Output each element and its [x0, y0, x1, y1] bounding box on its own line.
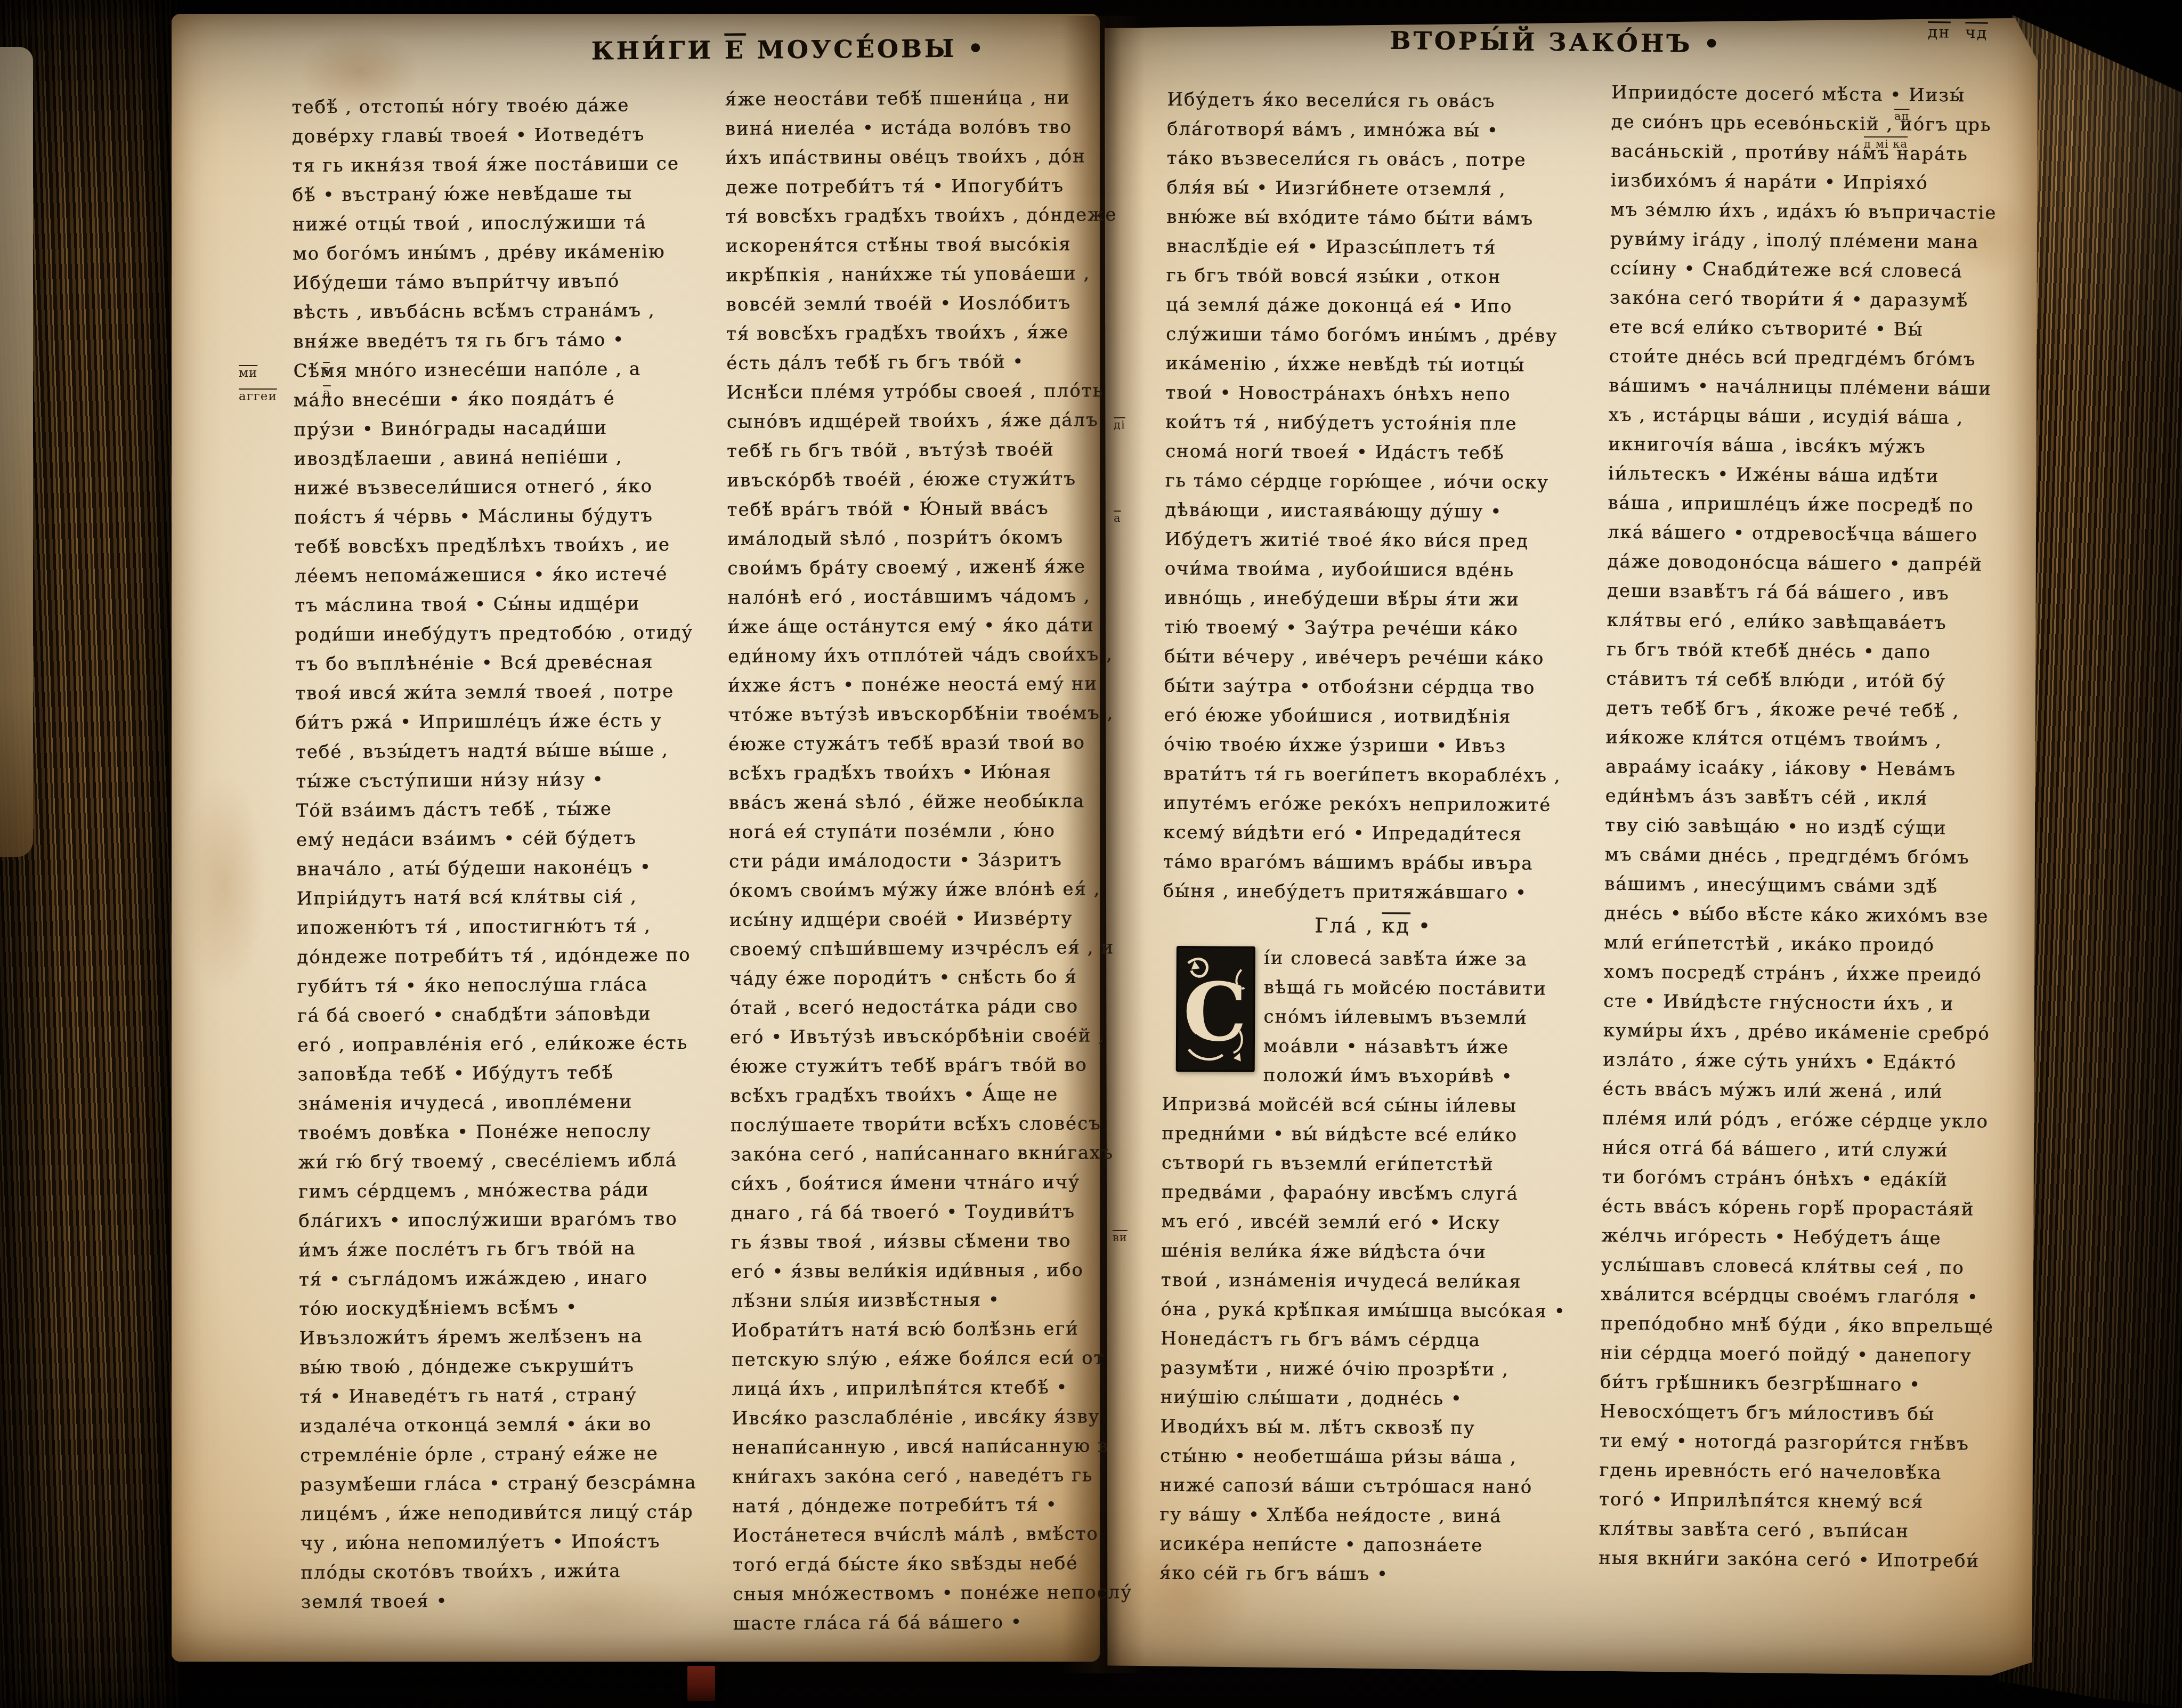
- text-line: мли́ еги́петстѣй , ика́ко проидо́: [1604, 928, 2030, 961]
- text-line: и́мъ я́же после́тъ гь бгъ тво́й на: [298, 1234, 725, 1266]
- text-line: снома́ ноги́ твоея́ • Ида́стъ тебѣ́: [1165, 437, 1586, 468]
- text-line: сте • Иви́дѣсте гну́сности и́хъ , и: [1603, 986, 2030, 1019]
- text-line: ете вся́ ели́ко сътворите́ • Вы́: [1609, 313, 2035, 346]
- text-line: вва́съ жена́ ѕѣло́ , е́йже необы́кла: [728, 787, 1101, 818]
- text-line: ивъско́рбѣ твое́й , е́юже стужи́тъ: [727, 464, 1100, 496]
- text-line: руви́му іга́ду , іполу́ пле́мени мана: [1610, 225, 2036, 258]
- text-line: ча́ду е́же породи́тъ • снѣ́сть бо я́: [729, 962, 1102, 994]
- text-line: ста́витъ тя́ себѣ́ влю́ди , ито́й бу́: [1606, 665, 2032, 698]
- chapter-number: кд: [1382, 914, 1410, 937]
- text-line: ниу́шію слы́шати , додне́сь •: [1160, 1383, 1581, 1414]
- text-line: внача́ло , аты́ бу́деши наконе́цъ •: [296, 853, 723, 885]
- text-line: Иоста́нетеся вчи́слѣ ма́лѣ , вмѣ́сто: [732, 1519, 1105, 1551]
- text-line: деши взавѣ́тъ га́ ба́ ва́шего , ивъ: [1607, 577, 2033, 610]
- text-line: хъ , иста́рцы ва́ши , исудія́ ва́ша ,: [1608, 401, 2034, 434]
- text-line: пру́зи • Вино́грады насади́ши: [294, 413, 720, 445]
- text-line: То́й вза́имъ да́стъ тебѣ́ , ты́же: [296, 794, 722, 826]
- text-line: ниже́ сапози́ ва́ши сътро́шася нано́: [1159, 1471, 1580, 1502]
- folio-mark: дн чд: [1928, 23, 1997, 43]
- text-line: ти бого́мъ стра́нъ о́нѣхъ • еда́кі́й: [1602, 1162, 2028, 1195]
- text-line: ия́коже кля́тся отце́мъ твои́мъ ,: [1605, 723, 2032, 756]
- text-line: хомъ посредѣ́ стра́нъ , и́хже преидо́: [1603, 958, 2030, 991]
- text-line: тебе́ , възы́детъ надтя́ вы́ше вы́ше ,: [296, 735, 722, 767]
- text-line: би́тъ ржа́ • Ипришле́цъ и́же е́сть у: [295, 706, 721, 738]
- text-line: лице́мъ , и́же неподиви́тся лицу́ ста́р: [300, 1497, 726, 1529]
- text-line: внаслѣ́діе ея́ • Иразсы́плетъ тя́: [1166, 232, 1587, 263]
- text-line: шасте гла́са га́ ба́ ва́шего •: [733, 1607, 1106, 1639]
- text-line: дне́сь • вы́бо вѣ́сте ка́ко жихо́мъ взе: [1604, 899, 2030, 932]
- text-line: ему́ неда́си вза́имъ • се́й бу́детъ: [296, 823, 723, 855]
- margin-note-line: ѕ: [323, 358, 331, 382]
- text-line: послу́шаете твори́ти всѣ́хъ слове́съ: [730, 1109, 1103, 1140]
- text-line: ніи се́рдца моего́ пойду́ • данепогу: [1600, 1338, 2026, 1371]
- text-line: ивно́щь , инебу́деши вѣ́ры я́ти жи: [1164, 584, 1585, 615]
- text-line: зако́на сего́ , напи́саннаго вкни́гахъ: [731, 1138, 1104, 1170]
- text-line: дове́рху главы́ твоея́ • Иотведе́тъ: [292, 120, 718, 152]
- left-page-edge-sliver: [0, 47, 33, 857]
- running-head-left-number: Е: [724, 36, 745, 64]
- text-line: гу ва́шу • Хлѣ́ба нея́досте , вина́: [1159, 1500, 1580, 1532]
- text-line: кля́твы его́ , ели́ко завѣщава́етъ: [1607, 606, 2033, 639]
- text-line: его́ • Ивъту́зѣ ивъско́рбѣніи свое́й ,: [730, 1021, 1103, 1053]
- text-line: іизбихо́мъ я́ нара́ти • Ипріяхо́: [1610, 166, 2037, 199]
- text-line: о́на , рука́ крѣ́пкая имы́шца высо́кая •: [1161, 1295, 1581, 1326]
- text-line: бла́гихъ • ипослу́жиши враго́мъ тво: [298, 1204, 725, 1236]
- text-line: изла́то , я́же су́ть уни́хъ • Еда́кто́: [1603, 1045, 2029, 1078]
- text-line: има́лодый ѕѣло́ , позри́тъ о́комъ: [727, 523, 1100, 554]
- text-line: я́ко се́й гь бгъ ва́шъ •: [1159, 1559, 1580, 1590]
- text-line: тебѣ́ гь бгъ тво́й , въту́зѣ твое́й: [727, 435, 1100, 466]
- text-line: петскую ѕлу́ю , ея́же боя́лся еси́ от: [732, 1343, 1105, 1375]
- text-line: же́лчь иго́ресть • Небу́детъ а́ще: [1601, 1221, 2027, 1254]
- text-line: Иприидо́сте досего́ мѣ́ста • Иизы́: [1611, 78, 2038, 111]
- text-line: стои́те дне́сь вси́ предгде́мъ бго́мъ: [1609, 342, 2035, 375]
- text-line: всѣ́хъ градѣ́хъ твои́хъ • Ию́ная: [728, 757, 1101, 789]
- text-line: сыно́въ идще́рей твои́хъ , я́же да́лъ: [727, 406, 1100, 437]
- running-head-left-bullet: •: [968, 34, 986, 62]
- text-line: лѣ́зни ѕлы́я иизвѣ́стныя •: [731, 1285, 1104, 1316]
- text-line: губи́тъ тя́ • я́ко непослу́ша гла́са: [297, 970, 723, 1002]
- text-line: Иобрати́тъ натя́ всю́ болѣ́знь еги́: [731, 1314, 1104, 1346]
- text-line: ипуте́мъ его́же реко́хъ неприложите́: [1163, 789, 1584, 820]
- text-line: издале́ча отконца́ земля́ • а́ки во: [299, 1410, 726, 1442]
- text-line: куми́ры и́хъ , дре́во ика́меніе сребро́: [1603, 1016, 2029, 1049]
- text-column-1: тебѣ́ , отстопы́ но́гу твое́ю да́жедове́…: [291, 91, 727, 1617]
- margin-note-left-ref: ми аггеи: [239, 361, 277, 408]
- text-line: разумѣ́еши гла́са • страну́ безсра́мна: [300, 1468, 726, 1500]
- text-line: своему́ спѣши́вшему изчре́слъ ея́ , и: [729, 933, 1102, 965]
- text-line: е́юже стужа́тъ тебѣ́ врази́ твои́ во: [728, 728, 1101, 759]
- text-line: Ибу́детъ житіе́ твое́ я́ко ви́ся пред: [1165, 525, 1586, 556]
- text-line: твое́мъ довѣ́ка • Поне́же непослу: [298, 1116, 724, 1148]
- text-line: я́же неоста́ви тебѣ́ пшени́ца , ни: [725, 83, 1098, 115]
- running-head-right: ВТОРЫ́Й ЗАКО́НЪ •: [1300, 25, 1812, 59]
- text-line: мъ его́ , ивсе́й земли́ его́ • Иску: [1161, 1207, 1582, 1238]
- text-line: твои́ • Новостра́нахъ о́нѣхъ непо: [1165, 378, 1586, 410]
- text-line: тебѣ́ вовсѣ́хъ предѣ́лѣхъ твои́хъ , ие: [294, 530, 720, 562]
- text-line: то́ю иоскудѣ́ніемъ всѣ́мъ •: [299, 1292, 725, 1324]
- text-line: натя́ , до́ндеже потреби́тъ тя́ •: [732, 1490, 1105, 1521]
- text-line: Ивъзложи́тъ я́ремъ желѣ́зенъ на: [299, 1322, 725, 1354]
- text-line: искореня́тся стѣ́ны твоя́ высо́кія: [726, 230, 1099, 261]
- folio-part1: дн: [1928, 23, 1951, 42]
- text-line: бы́ти зау́тра • отбоя́зни се́рдца тво: [1164, 671, 1585, 703]
- text-line: еди́ному и́хъ отпло́тей ча́дъ свои́хъ ,: [728, 640, 1101, 671]
- text-line: чу , ию́на непомилу́етъ • Ипоя́стъ: [301, 1527, 727, 1559]
- text-line: тя́ • Инаведе́тъ гь натя́ , страну́: [299, 1380, 726, 1412]
- text-line: си́хъ , боя́тися и́мени чтна́го ичу́: [731, 1168, 1104, 1199]
- text-line: поя́стъ я́ че́рвь • Ма́слины бу́дутъ: [294, 501, 720, 533]
- text-line: кля́твы завѣ́та сего́ , въпи́сан: [1599, 1514, 2025, 1547]
- text-line: гь бгъ тво́й ктебѣ́ дне́сь • дапо: [1607, 635, 2033, 668]
- text-line: и́хже я́стъ • поне́же неоста́ ему́ ни: [728, 669, 1101, 701]
- text-line: ика́менію , и́хже невѣ́дѣ ты́ иотцы́: [1166, 349, 1587, 381]
- text-line: би́тъ грѣ́шникъ безгрѣ́шнаго •: [1600, 1367, 2026, 1401]
- text-line: хва́лится все́рдцы свое́мъ глаго́ля •: [1601, 1280, 2027, 1313]
- text-line: бля́я вы́ • Иизги́бнете отземля́ ,: [1166, 173, 1587, 205]
- margin-note-line: а: [323, 382, 331, 405]
- text-line: тя гь икня́зя твоя́ я́же поста́виши се: [292, 149, 718, 181]
- running-head-left: КНИ́ГИ Е МОУСЕ́ОВЫ •: [533, 34, 1044, 66]
- text-line: сти ра́ди има́лодости • За́зритъ: [729, 845, 1102, 877]
- text-line: гимъ се́рдцемъ , мно́жества ра́ди: [298, 1175, 725, 1207]
- text-line: деже потреби́тъ тя́ • Ипогуби́тъ: [725, 171, 1098, 203]
- margin-note-left-numbers: ѕ а: [323, 358, 331, 405]
- text-line: ссі́ину • Снабди́теже вся́ словеса́: [1610, 254, 2036, 287]
- text-line: его́ е́юже убои́шися , иотвидѣ́нія: [1164, 701, 1585, 732]
- text-line: до́ндеже потреби́тъ тя́ , идо́ндеже по: [297, 941, 723, 973]
- text-line: того́ • Иприлѣпя́тся кнему́ вся́: [1599, 1485, 2025, 1518]
- chapter-prefix: Гла́ ,: [1315, 913, 1374, 937]
- text-line: жи́ гю́ бгу́ твоему́ , свесе́ліемъ ибла́: [298, 1146, 724, 1178]
- text-line: тебѣ́ вра́гъ тво́й • Ю́ный вва́съ: [727, 493, 1100, 525]
- running-head-left-word2: МОУСЕ́ОВЫ: [757, 34, 957, 64]
- book-photo: КНИ́ГИ Е МОУСЕ́ОВЫ • ВТОРЫ́Й ЗАКО́НЪ • д…: [0, 0, 2182, 1708]
- text-line: е́юже стужи́тъ тебѣ́ вра́гъ тво́й во: [730, 1050, 1103, 1082]
- text-line: гдень иревно́сть его́ начеловѣ́ка: [1599, 1455, 2025, 1488]
- text-line: гь та́мо се́рдце горю́щее , ио́чи оску: [1165, 466, 1586, 498]
- text-line: лка́ ва́шего • отдревосѣ́чца ва́шего: [1608, 518, 2034, 551]
- text-line: нало́нѣ его́ , иоста́вшимъ ча́домъ ,: [727, 581, 1100, 613]
- text-line: днаго , га́ ба́ твоего́ • Тоудиви́тъ: [731, 1197, 1104, 1228]
- folio-part2: чд: [1965, 23, 1988, 43]
- text-column-4: Иприидо́сте досего́ мѣ́ста • Иизы́де сио…: [1599, 78, 2038, 1577]
- text-line: ше́нія вели́ка я́же ви́дѣста о́чи: [1161, 1236, 1582, 1268]
- text-line: мъ зе́млю и́хъ , ида́хъ ю́ въпричастіе: [1610, 196, 2037, 229]
- text-line: очи́ма твои́ма , иубои́шися вде́нь: [1164, 554, 1585, 586]
- text-line: зако́на сего́ твори́ти я́ • даразумѣ́: [1609, 284, 2035, 317]
- text-line: стремле́ніе о́рле , страну́ ея́же не: [300, 1439, 726, 1471]
- text-line: тію́ твоему́ • Зау́тра рече́ши ка́ко: [1164, 613, 1585, 644]
- text-line: детъ тебѣ́ бгъ , я́коже рече́ тебѣ́ ,: [1606, 694, 2032, 727]
- text-line: услы́шавъ словеса́ кля́твы сея́ , по: [1601, 1250, 2027, 1283]
- text-line: вню́же вы́ вхо́дите та́мо бы́ти ва́мъ: [1166, 203, 1587, 234]
- text-line: сныя мно́жествомъ • поне́же непослу́: [733, 1578, 1106, 1609]
- text-line: зна́менія ичудеса́ , ивопле́мени: [298, 1087, 724, 1119]
- text-line: пло́ды ското́въ твои́хъ , ижи́та: [301, 1556, 727, 1588]
- text-line: мо бого́мъ ины́мъ , дре́ву ика́менію: [293, 237, 719, 269]
- text-line: бы́ти ве́черу , иве́черъ рече́ши ка́ко: [1164, 642, 1585, 674]
- text-line: тя́ • съгла́домъ ижа́ждею , инаго: [299, 1263, 725, 1295]
- text-line: свои́мъ бра́ту своему́ , иженѣ́ я́же: [727, 552, 1100, 584]
- margin-note-line: аггеи: [239, 385, 277, 408]
- text-line: ныя вкни́ги зако́на сего́ • Ипотреби́: [1599, 1543, 2025, 1576]
- text-line: заповѣ́да тебѣ́ • Ибу́дутъ тебѣ́: [297, 1058, 724, 1090]
- text-line: роди́ши инебу́дутъ предтобо́ю , отиду́: [295, 618, 721, 650]
- text-line: тебѣ́ , отстопы́ но́гу твое́ю да́же: [291, 91, 718, 123]
- margin-note-right-col2-b: д мі ка: [1864, 132, 1908, 156]
- text-line: гь я́звы твоя́ , ия́звы сѣ́мени тво: [731, 1226, 1104, 1258]
- margin-note-right-col2-a: ап: [1894, 104, 1910, 128]
- text-line: разумѣ́ти , ниже́ о́чію прозрѣ́ти ,: [1161, 1354, 1581, 1385]
- text-line: ивоздѣ́лаеши , авина́ непіе́ши ,: [294, 442, 720, 474]
- text-line: и́хъ ипа́ствины ове́цъ твои́хъ , до́н: [725, 142, 1098, 173]
- text-line: ксему́ ви́дѣти его́ • Ипредади́теся: [1163, 818, 1584, 849]
- text-line: де сио́нъ црь есево́ньскій , ио́гъ црь: [1611, 108, 2037, 141]
- text-line: Ибу́детъ я́ко весели́ся гь ова́съ: [1167, 85, 1588, 117]
- text-line: та́ко възвесели́ся гь ова́съ , потре: [1167, 144, 1588, 175]
- text-line: авраа́му ісаа́ку , іа́кову • Нева́мъ: [1605, 752, 2032, 786]
- text-line: о́комъ свои́мъ му́жу и́же вло́нѣ ея́ ,: [729, 875, 1102, 906]
- text-line: ипоженю́тъ тя́ , ипостигню́тъ тя́ ,: [297, 911, 723, 943]
- text-line: препо́добно мнѣ́ бу́ди , я́ко впрельще́: [1601, 1309, 2027, 1342]
- text-line: сътвори́ гь въземли́ еги́петстѣй: [1162, 1148, 1583, 1180]
- text-line: земля́ твоея́ •: [301, 1585, 727, 1617]
- text-line: вина́ ниеле́а • иста́да воло́въ тво: [725, 112, 1098, 144]
- ornate-initial: С: [1176, 946, 1255, 1072]
- text-line: тя́ вовсѣ́хъ градѣ́хъ твои́хъ , я́же: [726, 318, 1099, 349]
- text-line: Иводи́хъ вы́ м. лѣ́тъ сквозѣ́ пу: [1160, 1412, 1581, 1444]
- text-line: твоя́ ився́ жи́та земля́ твоея́ , потре: [295, 677, 721, 709]
- running-head-right-text: ВТОРЫ́Й ЗАКО́НЪ: [1390, 26, 1692, 58]
- text-line: о́тай , всего́ недоста́тка ра́ди сво: [729, 992, 1102, 1023]
- text-line: нога́ ея́ ступа́ти позе́мли , ю́но: [729, 816, 1102, 847]
- text-line: тъ ма́слина твоя́ • Сы́ны идще́ри: [295, 589, 721, 621]
- chapter-bullet: •: [1418, 914, 1432, 937]
- text-line: бѣ́ • въстрану́ ю́же невѣ́даше ты: [292, 179, 718, 211]
- text-line: вы́ю твою́ , до́ндеже съкруши́тъ: [299, 1351, 726, 1383]
- text-column-3: Ибу́детъ я́ко весели́ся гь ова́събла́гот…: [1159, 85, 1588, 1590]
- margin-note-right-col1-a: ді: [1114, 413, 1125, 436]
- text-line: ле́емъ непома́жешися • я́ко истече́: [295, 560, 721, 592]
- text-line: іи́льтескъ • Иже́ны ва́ша идѣ́ти: [1608, 459, 2034, 492]
- text-line: о́чію твое́ю и́хже у́зриши • Ивъз: [1164, 730, 1585, 762]
- text-line: его́ • я́звы вели́кія иди́вныя , ибо: [731, 1256, 1104, 1287]
- text-line: гь бгъ тво́й вовся́ язы́ки , откон: [1166, 261, 1587, 293]
- text-line: ти ему́ • нотогда́ разгори́тся гнѣ́въ: [1600, 1426, 2026, 1459]
- text-line: ва́ша , ипришле́цъ и́же посредѣ́ по: [1608, 489, 2034, 522]
- margin-note-right-col1-b: а: [1114, 506, 1121, 530]
- text-line: е́сть вва́съ ко́рень горѣ́ прораста́яй: [1602, 1192, 2028, 1225]
- text-line: тя́ вовсѣ́хъ градѣ́хъ твои́хъ , до́ндеже: [726, 200, 1099, 232]
- text-line: предни́ми • вы́ ви́дѣсте все́ ели́ко: [1162, 1119, 1583, 1151]
- text-line: его́ , иоправле́нія его́ , ели́коже е́ст…: [297, 1029, 724, 1061]
- text-line: кни́гахъ зако́на сего́ , наведе́тъ гь: [732, 1461, 1105, 1492]
- text-line: ва́шимъ , инесу́щимъ сва́ми здѣ́: [1604, 870, 2031, 903]
- text-line: мъ сва́ми дне́сь , предгде́мъ бго́мъ: [1604, 840, 2031, 873]
- text-line: бла́готворя́ ва́мъ , имно́жа вы́ •: [1167, 115, 1588, 146]
- text-line: всѣ́хъ градѣ́хъ твои́хъ • А́ще не: [730, 1080, 1103, 1111]
- text-line: Ибу́деши та́мо въпри́тчу ивъпо́: [293, 266, 719, 298]
- text-line: дѣва́ющи , иистаява́ющу ду́шу •: [1165, 496, 1586, 527]
- text-line: вѣсть , ивъба́снь всѣ́мъ страна́мъ ,: [293, 296, 719, 328]
- text-line: и́же а́ще оста́нутся ему́ • я́ко да́ти: [728, 611, 1101, 642]
- text-line: ва́шимъ • нача́лницы пле́мени ва́ши: [1609, 371, 2035, 404]
- text-line: ты́же състу́пиши ни́зу ни́зу •: [296, 765, 722, 797]
- text-line: Ився́ко разслабле́ніе , ився́ку я́зву: [732, 1402, 1105, 1434]
- text-line: Ипріи́дутъ натя́ вся́ кля́твы сія́ ,: [296, 882, 723, 914]
- text-line: ма́ло внесе́ши • я́ко пояда́тъ е́: [294, 384, 720, 416]
- text-line: ниже́ отцы́ твои́ , ипослу́жиши та́: [293, 208, 719, 240]
- text-line: ниже́ възвесели́шися отнего́ , я́ко: [294, 472, 720, 504]
- text-line: Невосхо́щетъ бгъ ми́лостивъ бы́: [1600, 1397, 2026, 1430]
- text-line: икрѣ́пкія , нани́хже ты́ упова́еши ,: [726, 259, 1099, 290]
- text-line: что́же въту́зѣ ивъскорбѣ́ніи твое́мъ ,: [728, 699, 1101, 730]
- initial-letter: С: [1183, 972, 1248, 1053]
- margin-note-line: ми: [239, 361, 277, 385]
- text-line: бы́ня , инебу́детъ притяжа́вшаго •: [1163, 877, 1584, 908]
- text-line: е́сть вва́съ му́жъ или́ жена́ , или́: [1602, 1074, 2029, 1107]
- red-bookmark: [687, 1666, 715, 1701]
- text-line: та́мо враго́мъ ва́шимъ вра́бы ивъра: [1163, 847, 1584, 879]
- text-line: ненапи́санную , ився́ напи́санную в: [732, 1431, 1105, 1463]
- text-line: Нонеда́стъ гь бгъ ва́мъ се́рдца: [1161, 1324, 1581, 1356]
- text-line: Ипризва́ мойсе́й вся́ сы́ны іи́левы: [1162, 1090, 1583, 1121]
- text-line: да́же доводоно́сца ва́шего • дапре́й: [1607, 547, 2033, 580]
- text-line: ни́ся отга́ ба́ ва́шего , ити́ служи́: [1602, 1133, 2028, 1166]
- chapter-heading: Гла́ , кд •: [1163, 906, 1584, 945]
- text-line: ца́ земля́ да́же доконца́ ея́ • Ипо: [1166, 290, 1587, 322]
- text-line: васа́ньскій , проти́ву на́мъ нара́ть: [1611, 137, 2037, 170]
- text-column-2: я́же неоста́ви тебѣ́ пшени́ца , нивина́ …: [725, 83, 1106, 1639]
- text-line: того́ егда́ бы́сте я́ко ѕвѣ́зды небе́: [733, 1549, 1106, 1580]
- text-line: еди́нѣмъ а́зъ завѣ́тъ се́й , икля́: [1605, 782, 2031, 815]
- text-line: Сѣ́мя мно́го изнесе́ши напо́ле , а: [293, 354, 719, 386]
- text-line: га́ ба́ своего́ • снабдѣ́ти за́повѣди: [297, 999, 724, 1031]
- margin-note-right-col1-c: ви: [1113, 1226, 1127, 1249]
- column-3-upper-block: Ибу́детъ я́ко весели́ся гь ова́събла́гот…: [1163, 85, 1588, 908]
- text-line: предва́ми , фарао́ну ивсѣ́мъ слуга́: [1161, 1178, 1582, 1209]
- text-line: тву сію́ завѣща́ю • но издѣ́ су́щи: [1605, 811, 2031, 844]
- text-line: кои́тъ тя́ , нибу́детъ устоя́нія пле: [1165, 408, 1586, 439]
- text-line: Иснѣ́си пле́мя утро́бы своея́ , пло́ть: [726, 376, 1099, 408]
- text-line: тъ бо въплѣне́ніе • Вся́ древе́сная: [295, 647, 721, 679]
- text-line: лица́ и́хъ , иприлѣпя́тся ктебѣ́ •: [732, 1373, 1105, 1404]
- text-line: пле́мя или́ ро́дъ , его́же се́рдце укло: [1602, 1104, 2029, 1137]
- text-line: вня́же введе́тъ тя гь бгъ та́мо •: [293, 325, 719, 357]
- text-line: икнигочі́я ва́ша , івся́къ му́жъ: [1608, 430, 2034, 463]
- text-line: сты́ню • необетша́ша ри́зы ва́ша ,: [1160, 1442, 1581, 1473]
- text-line: слу́жиши та́мо бого́мъ ины́мъ , дре́ву: [1166, 320, 1587, 351]
- text-line: твои́ , изна́менія ичудеса́ вели́кая: [1161, 1266, 1582, 1297]
- text-line: исике́ра непи́сте • дапозна́ете: [1159, 1529, 1580, 1561]
- running-head-right-bullet: •: [1704, 29, 1722, 58]
- running-head-left-word1: КНИ́ГИ: [591, 36, 713, 66]
- text-line: исы́ну идще́ри свое́й • Иизве́рту: [729, 904, 1102, 935]
- text-line: врати́тъ тя́ гь воеги́петъ вкорабле́хъ ,: [1163, 759, 1584, 791]
- text-line: вовсе́й земли́ твое́й • Иоѕло́битъ: [726, 288, 1099, 320]
- text-line: е́сть да́лъ тебѣ́ гь бгъ тво́й •: [726, 347, 1099, 378]
